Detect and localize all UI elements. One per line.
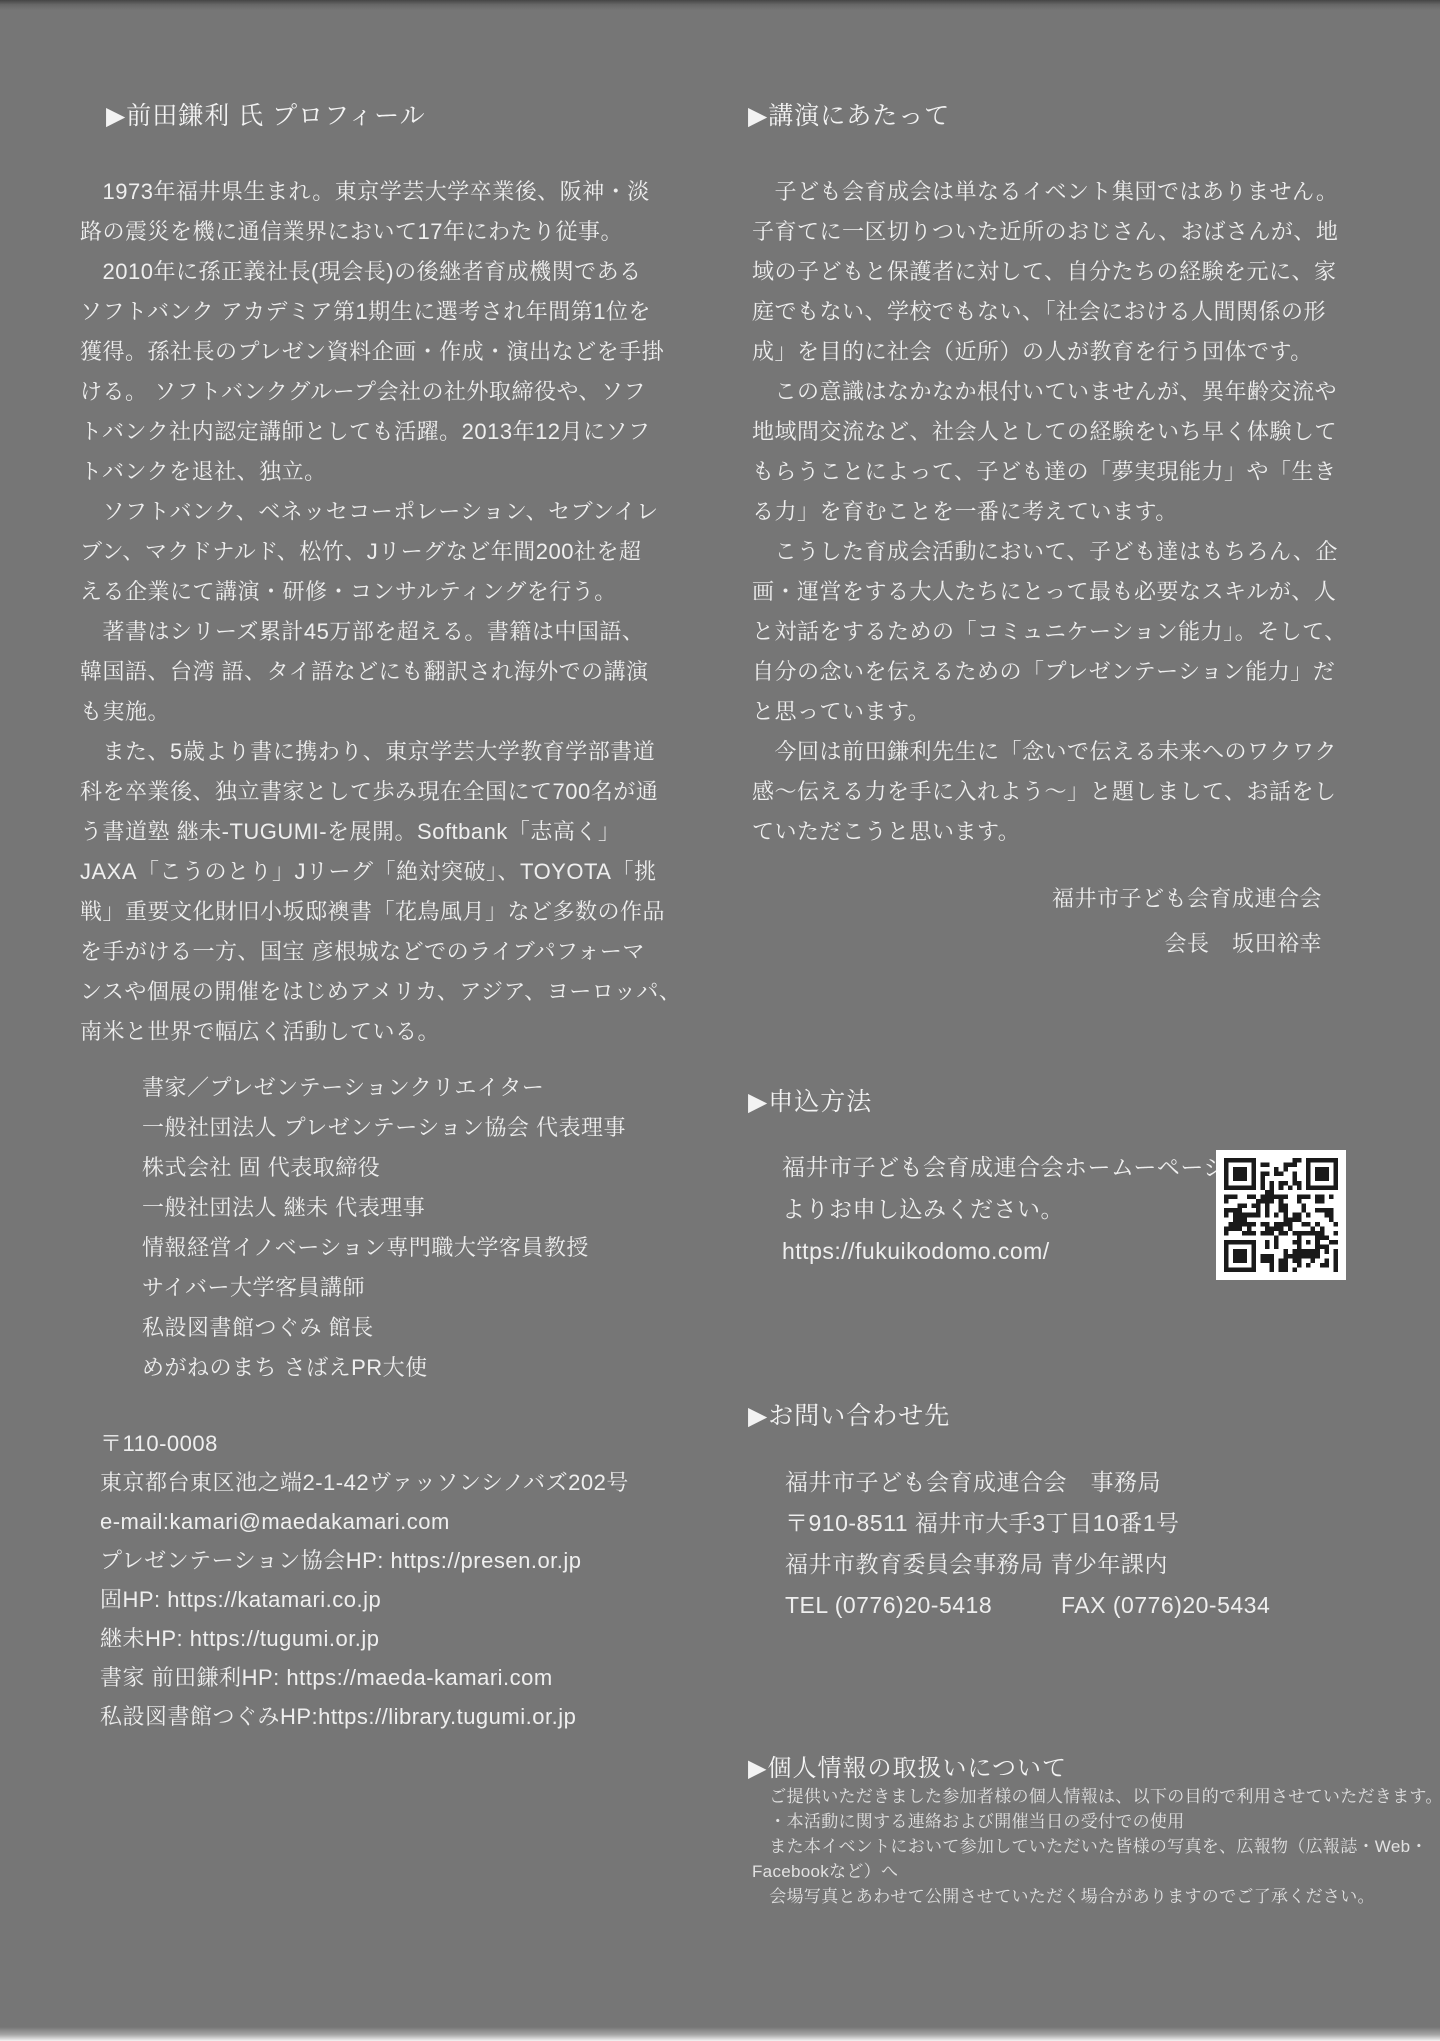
address-line: 東京都台東区池之端2-1-42ヴァッソンシノバズ202号 [100, 1463, 629, 1502]
text-line: ける。 ソフトバンクグループ会社の社外取締役や、ソフ [80, 372, 681, 412]
apply-instructions: 福井市子ども会育成連合会ホームーページよりお申し込みください。https://f… [782, 1146, 1227, 1272]
title-line: 私設図書館つぐみ 館長 [142, 1308, 626, 1348]
address-line: e-mail:kamari@maedakamari.com [100, 1502, 629, 1541]
profile-heading: ▶前田鎌利 氏 プロフィール [106, 96, 426, 132]
text-line: える企業にて講演・研修・コンサルティングを行う。 [80, 572, 681, 612]
privacy-line: 会場写真とあわせて公開させていただく場合がありますのでご了承ください。 [752, 1884, 1440, 1909]
address-line: 書家 前田鎌利HP: https://maeda-kamari.com [100, 1658, 629, 1697]
text-line: ソフトバンク、ベネッセコーポレーション、セブンイレ [80, 492, 681, 532]
text-line: ソフトバンク アカデミア第1期生に選考され年間第1位を [80, 292, 681, 332]
lecture-heading: ▶講演にあたって [748, 96, 950, 132]
scan-edge-bottom [0, 2027, 1440, 2041]
qr-code-graphic [1224, 1158, 1338, 1272]
text-line: こうした育成会活動において、子ども達はもちろん、企 [752, 532, 1347, 572]
text-line: 1973年福井県生まれ。東京学芸大学卒業後、阪神・淡 [80, 172, 681, 212]
text-line: 2010年に孫正義社長(現会長)の後継者育成機関である [80, 252, 681, 292]
text-line: 庭でもない、学校でもない、「社会における人間関係の形 [752, 292, 1347, 332]
text-line: 今回は前田鎌利先生に「念いで伝える未来へのワクワク [752, 732, 1347, 772]
title-line: 一般社団法人 継未 代表理事 [142, 1188, 626, 1228]
text-line: を手がける一方、国宝 彦根城などでのライブパフォーマ [80, 932, 681, 972]
text-line: また、5歳より書に携わり、東京学芸大学教育学部書道 [80, 732, 681, 772]
contact-line: 福井市教育委員会事務局 青少年課内 [785, 1544, 1270, 1585]
text-line: ていただこうと思います。 [752, 812, 1347, 852]
title-line: サイバー大学客員講師 [142, 1268, 626, 1308]
privacy-line: ご提供いただきました参加者様の個人情報は、以下の目的で利用させていただきます。 [752, 1784, 1440, 1809]
flyer-page: ▶前田鎌利 氏 プロフィール 1973年福井県生まれ。東京学芸大学卒業後、阪神・… [0, 0, 1440, 2041]
text-line: トバンクを退社、独立。 [80, 452, 681, 492]
text-line: もらうことによって、子ども達の「夢実現能力」や「生き [752, 452, 1347, 492]
text-line: と対話をするための「コミュニケーション能力」。そして、 [752, 612, 1347, 652]
signature-block: 福井市子ども会育成連合会会長 坂田裕幸 [1052, 876, 1322, 966]
apply-line: よりお申し込みください。 [782, 1188, 1227, 1230]
title-line: めがねのまち さばえPR大使 [142, 1348, 626, 1388]
text-line: 子ども会育成会は単なるイベント集団ではありません。 [752, 172, 1347, 212]
text-line: 戦」重要文化財旧小坂邸襖書「花鳥風月」など多数の作品 [80, 892, 681, 932]
text-line: JAXA「こうのとり」Jリーグ「絶対突破」、TOYOTA「挑 [80, 852, 681, 892]
scan-edge-top [0, 0, 1440, 10]
text-line: 域の子どもと保護者に対して、自分たちの経験を元に、家 [752, 252, 1347, 292]
title-line: 株式会社 固 代表取締役 [142, 1148, 626, 1188]
address-line: 〒110-0008 [100, 1424, 629, 1463]
profile-titles-list: 書家／プレゼンテーションクリエイター一般社団法人 プレゼンテーション協会 代表理… [142, 1068, 626, 1388]
profile-address-block: 〒110-0008東京都台東区池之端2-1-42ヴァッソンシノバズ202号e-m… [100, 1424, 629, 1736]
contact-line: TEL (0776)20-5418 FAX (0776)20-5434 [785, 1585, 1270, 1626]
apply-line: 福井市子ども会育成連合会ホームーページ [782, 1146, 1227, 1188]
text-line: 成」を目的に社会（近所）の人が教育を行う団体です。 [752, 332, 1347, 372]
apply-line: https://fukuikodomo.com/ [782, 1230, 1227, 1272]
title-line: 書家／プレゼンテーションクリエイター [142, 1068, 626, 1108]
profile-paragraph: 1973年福井県生まれ。東京学芸大学卒業後、阪神・淡路の震災を機に通信業界におい… [80, 172, 681, 1052]
text-line: 路の震災を機に通信業界において17年にわたり従事。 [80, 212, 681, 252]
text-line: 感～伝える力を手に入れよう～」と題しまして、お話をし [752, 772, 1347, 812]
signature-line: 福井市子ども会育成連合会 [1052, 876, 1322, 921]
text-line: も実施。 [80, 692, 681, 732]
privacy-line: Facebookなど）へ [752, 1859, 1440, 1884]
address-line: 固HP: https://katamari.co.jp [100, 1580, 629, 1619]
text-line: と思っています。 [752, 692, 1347, 732]
title-line: 情報経営イノベーション専門職大学客員教授 [142, 1228, 626, 1268]
text-line: る力」を育むことを一番に考えています。 [752, 492, 1347, 532]
text-line: トバンク社内認定講師としても活躍。2013年12月にソフ [80, 412, 681, 452]
contact-details: 福井市子ども会育成連合会 事務局〒910-8511 福井市大手3丁目10番1号福… [785, 1462, 1270, 1626]
address-line: 継未HP: https://tugumi.or.jp [100, 1619, 629, 1658]
text-line: 韓国語、台湾 語、タイ語などにも翻訳され海外での講演 [80, 652, 681, 692]
text-line: 南米と世界で幅広く活動している。 [80, 1012, 681, 1052]
privacy-line: ・本活動に関する連絡および開催当日の受付での使用 [752, 1809, 1440, 1834]
contact-line: 福井市子ども会育成連合会 事務局 [785, 1462, 1270, 1503]
privacy-line: また本イベントにおいて参加していただいた皆様の写真を、広報物（広報誌・Web・ [752, 1834, 1440, 1859]
privacy-notice: ご提供いただきました参加者様の個人情報は、以下の目的で利用させていただきます。 … [752, 1784, 1440, 1909]
signature-line: 会長 坂田裕幸 [1052, 921, 1322, 966]
text-line: 子育てに一区切りついた近所のおじさん、おばさんが、地 [752, 212, 1347, 252]
text-line: この意識はなかなか根付いていませんが、異年齢交流や [752, 372, 1347, 412]
lecture-paragraph: 子ども会育成会は単なるイベント集団ではありません。子育てに一区切りついた近所のお… [752, 172, 1347, 852]
apply-heading: ▶申込方法 [748, 1082, 872, 1118]
privacy-heading: ▶個人情報の取扱いについて [748, 1748, 1067, 1783]
title-line: 一般社団法人 プレゼンテーション協会 代表理事 [142, 1108, 626, 1148]
text-line: 科を卒業後、独立書家として歩み現在全国にて700名が通 [80, 772, 681, 812]
text-line: 画・運営をする大人たちにとって最も必要なスキルが、人 [752, 572, 1347, 612]
address-line: プレゼンテーション協会HP: https://presen.or.jp [100, 1541, 629, 1580]
text-line: 自分の念いを伝えるための「プレゼンテーション能力」だ [752, 652, 1347, 692]
text-line: 獲得。孫社長のプレゼン資料企画・作成・演出などを手掛 [80, 332, 681, 372]
qr-code [1216, 1150, 1346, 1280]
text-line: う書道塾 継未-TUGUMI-を展開。Softbank「志高く」 [80, 812, 681, 852]
text-line: 地域間交流など、社会人としての経験をいち早く体験して [752, 412, 1347, 452]
text-line: ンスや個展の開催をはじめアメリカ、アジア、ヨーロッパ、 [80, 972, 681, 1012]
text-line: 著書はシリーズ累計45万部を超える。書籍は中国語、 [80, 612, 681, 652]
contact-line: 〒910-8511 福井市大手3丁目10番1号 [785, 1503, 1270, 1544]
contact-heading: ▶お問い合わせ先 [748, 1396, 950, 1432]
address-line: 私設図書館つぐみHP:https://library.tugumi.or.jp [100, 1697, 629, 1736]
text-line: ブン、マクドナルド、松竹、Jリーグなど年間200社を超 [80, 532, 681, 572]
